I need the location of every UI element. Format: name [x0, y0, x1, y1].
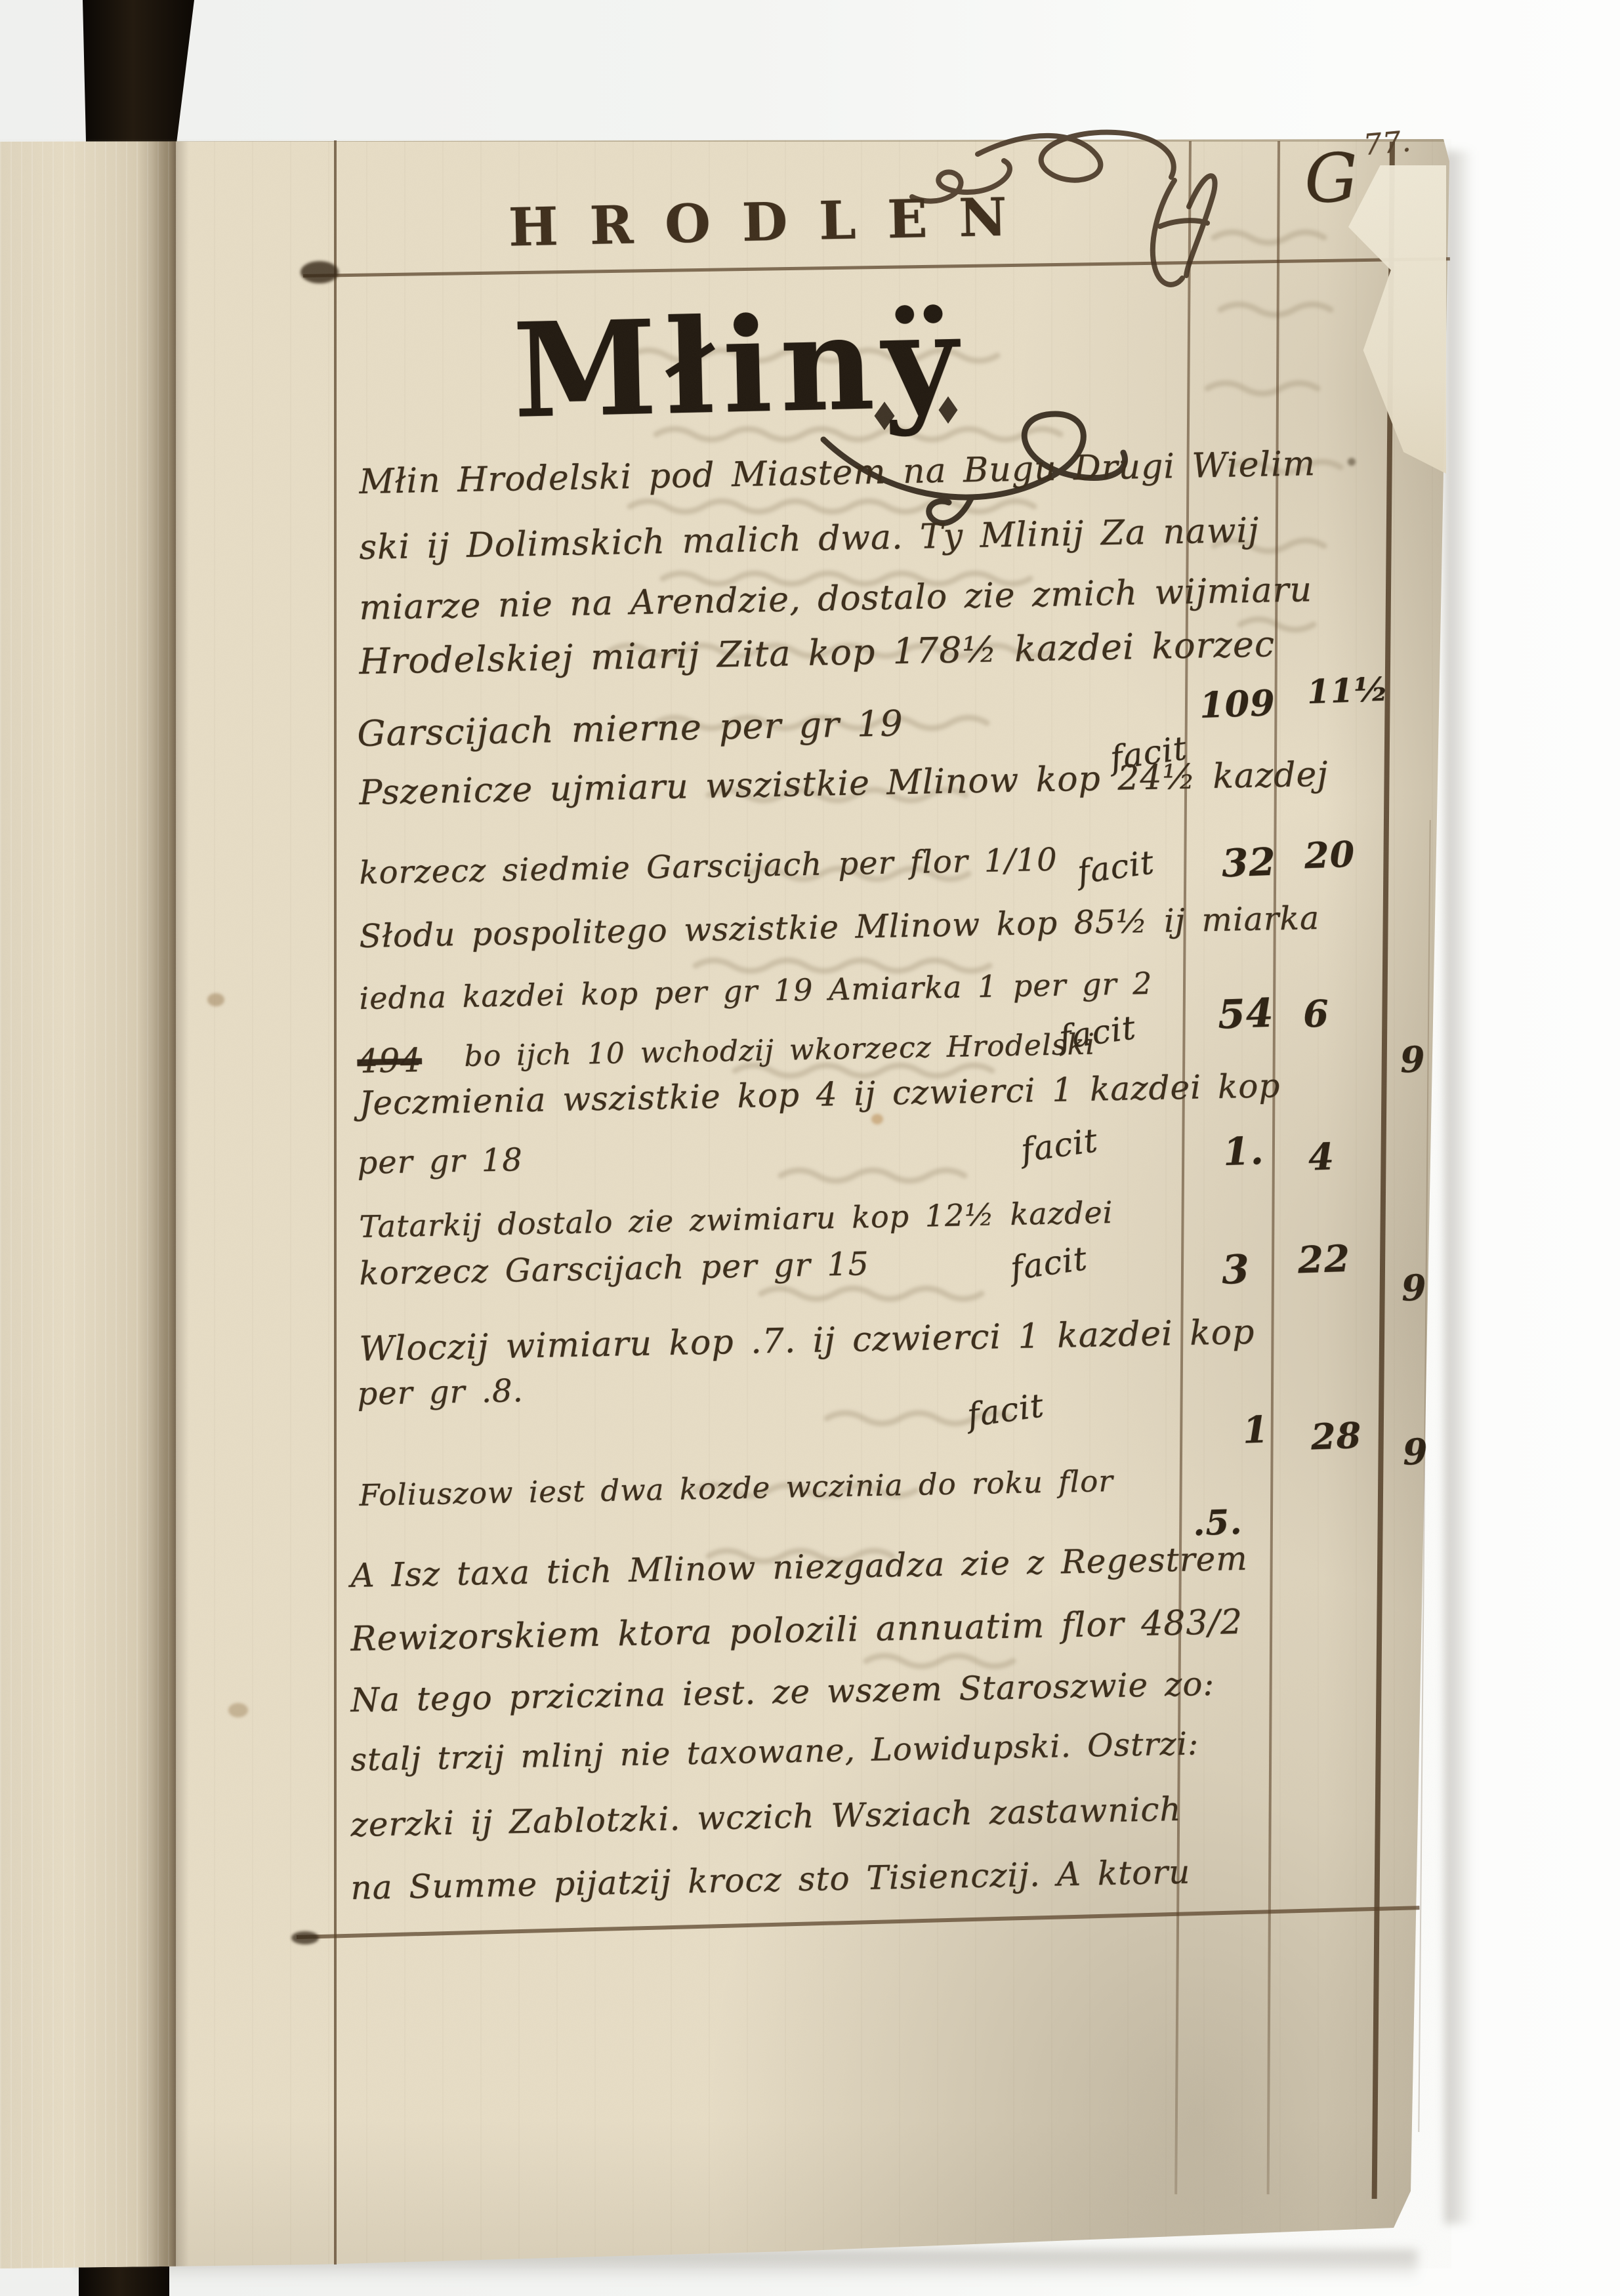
- stain: [871, 1114, 883, 1124]
- scanned-manuscript-page: { "colors":{"paper":"#e7ddc6","ink":"#3a…: [0, 0, 1620, 2296]
- stain: [207, 993, 224, 1006]
- stain: [228, 1703, 248, 1717]
- facit-grosze: 4: [1308, 1136, 1335, 1179]
- facit-florins: 1: [1242, 1408, 1270, 1452]
- margin-rule-left: [334, 140, 337, 2265]
- facit-denarii: 9: [1400, 1038, 1426, 1080]
- facit-florins: 3: [1221, 1247, 1251, 1293]
- facit-grosze: 22: [1297, 1238, 1351, 1282]
- facit-denarii: 9: [1402, 1431, 1429, 1472]
- struck-text: 494: [357, 1042, 423, 1080]
- facit-florins: 32: [1221, 840, 1277, 886]
- entry-line: per gr .8.: [357, 1373, 524, 1412]
- page-edge-shadow-right: [1445, 151, 1474, 2224]
- ink-blot: [291, 1931, 319, 1944]
- facit-grosze: 20: [1304, 834, 1356, 876]
- stain: [1348, 458, 1356, 466]
- folio-number: 77.: [1362, 125, 1413, 163]
- facit-grosze: 28: [1310, 1415, 1362, 1458]
- binding-strap-top: [83, 0, 194, 144]
- facit-florins: .5.: [1192, 1503, 1243, 1544]
- ink-blot: [301, 261, 339, 283]
- facit-grosze: 11½: [1306, 670, 1390, 711]
- facit-florins: 54: [1217, 991, 1275, 1038]
- facit-denarii: 9: [1401, 1267, 1428, 1308]
- facit-florins: 1.: [1222, 1129, 1265, 1174]
- entry-line: per gr 18: [357, 1142, 523, 1181]
- facit-florins: 109: [1199, 682, 1276, 726]
- page-title: Młinÿ: [512, 286, 968, 445]
- gathering-letter: G: [1303, 140, 1360, 218]
- running-head: HRODLEN: [508, 186, 1039, 258]
- facit-grosze: 6: [1302, 993, 1330, 1036]
